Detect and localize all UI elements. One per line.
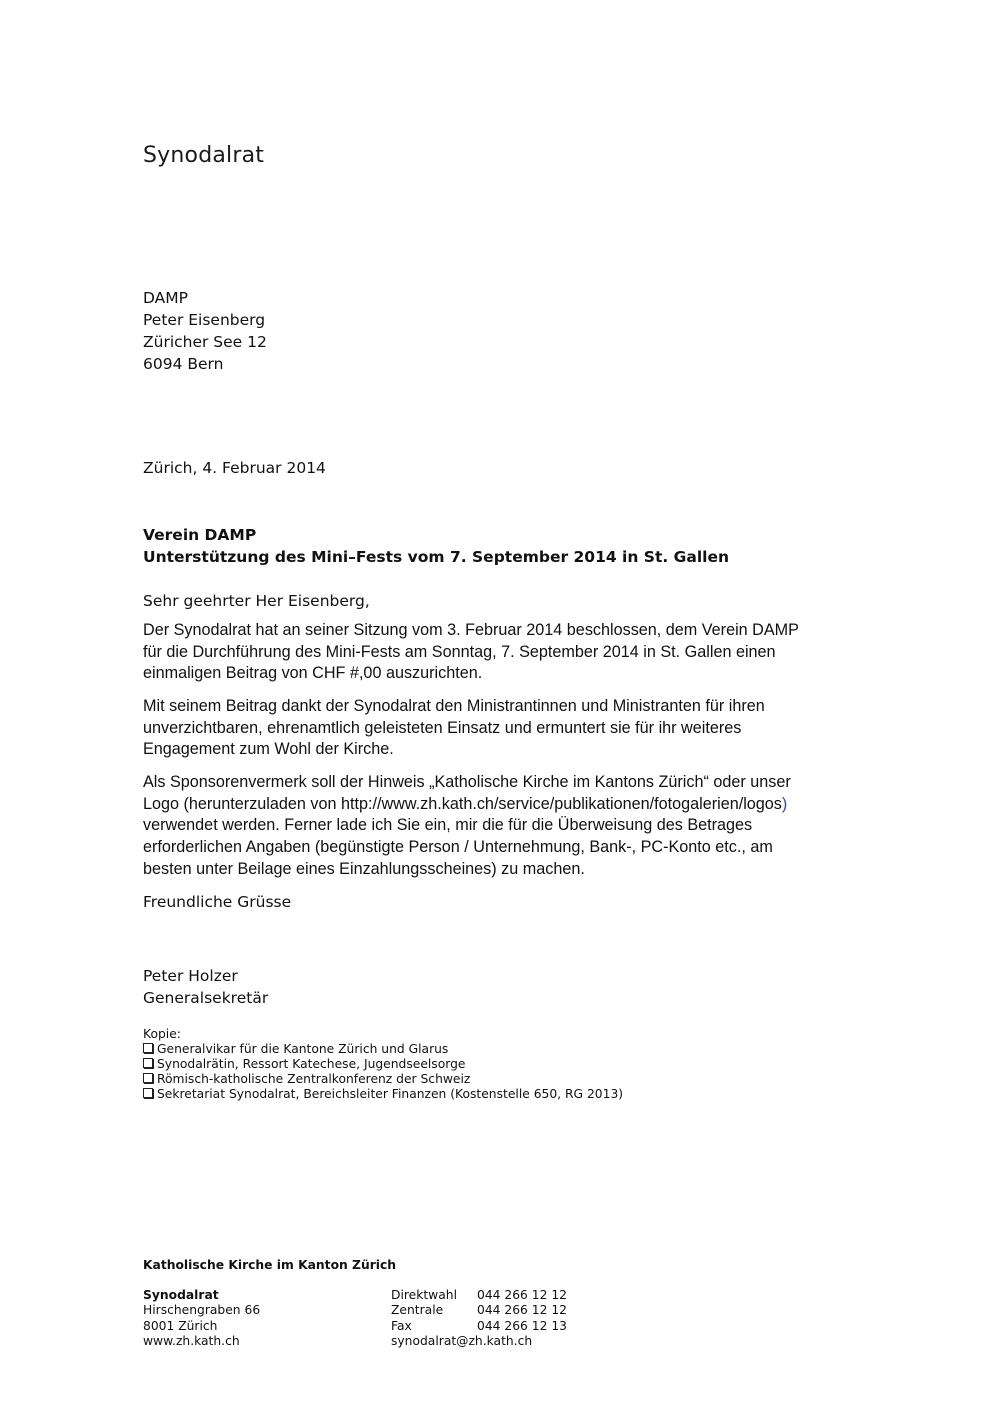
- closing-greeting: Freundliche Grüsse: [143, 891, 291, 913]
- footer-website[interactable]: www.zh.kath.ch: [143, 1334, 391, 1349]
- paragraph-line: für die Durchführung des Mini-Fests am S…: [143, 642, 863, 664]
- footer-organization: Katholische Kirche im Kanton Zürich: [143, 1258, 583, 1273]
- footer-street: Hirschengraben 66: [143, 1303, 391, 1318]
- letter-date: Zürich, 4. Februar 2014: [143, 457, 326, 479]
- recipient-city: 6094 Bern: [143, 353, 267, 375]
- footer-city: 8001 Zürich: [143, 1319, 391, 1334]
- body-paragraph-3: Als Sponsorenvermerk soll der Hinweis „K…: [143, 772, 863, 881]
- contact-value: 044 266 12 12: [477, 1288, 567, 1303]
- signatory-title: Generalsekretär: [143, 987, 268, 1009]
- contact-value: 044 266 12 12: [477, 1303, 567, 1318]
- paragraph-line-with-link: Logo (herunterzuladen von http://www.zh.…: [143, 794, 863, 816]
- paragraph-line: unverzichtbaren, ehrenamtlich geleistete…: [143, 718, 863, 740]
- contact-label: Direktwahl: [391, 1288, 477, 1303]
- paragraph-line: Als Sponsorenvermerk soll der Hinweis „K…: [143, 772, 863, 794]
- paragraph-line: Der Synodalrat hat an seiner Sitzung vom…: [143, 620, 863, 642]
- body-paragraph-1: Der Synodalrat hat an seiner Sitzung vom…: [143, 620, 863, 685]
- copy-recipient: Römisch-katholische Zentralkonferenz der…: [143, 1072, 623, 1087]
- checkbox-icon: [143, 1088, 153, 1098]
- checkbox-icon: [143, 1043, 153, 1053]
- letter-subject: Verein DAMP Unterstützung des Mini–Fests…: [143, 524, 729, 568]
- copies-label: Kopie:: [143, 1027, 623, 1042]
- body-paragraph-2: Mit seinem Beitrag dankt der Synodalrat …: [143, 696, 863, 761]
- paragraph-line: verwendet werden. Ferner lade ich Sie ei…: [143, 815, 863, 837]
- letterhead-footer: Katholische Kirche im Kanton Zürich Syno…: [143, 1258, 583, 1349]
- subject-line-2: Unterstützung des Mini–Fests vom 7. Sept…: [143, 546, 729, 568]
- footer-contacts: Direktwahl044 266 12 12 Zentrale044 266 …: [391, 1288, 567, 1349]
- paragraph-line: Engagement zum Wohl der Kirche.: [143, 739, 863, 761]
- footer-office: Synodalrat: [143, 1288, 391, 1303]
- copies-list: Kopie: Generalvikar für die Kantone Züri…: [143, 1027, 623, 1102]
- subject-line-1: Verein DAMP: [143, 524, 729, 546]
- copy-recipient: Sekretariat Synodalrat, Bereichsleiter F…: [143, 1087, 623, 1102]
- contact-row: Fax044 266 12 13: [391, 1319, 567, 1334]
- contact-row: Zentrale044 266 12 12: [391, 1303, 567, 1318]
- contact-label: Fax: [391, 1319, 477, 1334]
- checkbox-icon: [143, 1073, 153, 1083]
- paragraph-line: erforderlichen Angaben (begünstigte Pers…: [143, 837, 863, 859]
- paragraph-line: Mit seinem Beitrag dankt der Synodalrat …: [143, 696, 863, 718]
- checkbox-icon: [143, 1058, 153, 1068]
- copy-recipient: Generalvikar für die Kantone Zürich und …: [143, 1042, 623, 1057]
- salutation: Sehr geehrter Her Eisenberg,: [143, 590, 370, 612]
- contact-value: 044 266 12 13: [477, 1319, 567, 1334]
- recipient-address: DAMP Peter Eisenberg Züricher See 12 609…: [143, 287, 267, 375]
- signatory-name: Peter Holzer: [143, 965, 268, 987]
- signature-block: Peter Holzer Generalsekretär: [143, 965, 268, 1009]
- copy-recipient: Synodalrätin, Ressort Katechese, Jugends…: [143, 1057, 623, 1072]
- closing-parenthesis: ): [782, 795, 787, 813]
- logo-download-link[interactable]: Logo (herunterzuladen von http://www.zh.…: [143, 795, 782, 813]
- footer-email[interactable]: synodalrat@zh.kath.ch: [391, 1334, 567, 1349]
- paragraph-line: besten unter Beilage eines Einzahlungssc…: [143, 859, 863, 881]
- recipient-name: Peter Eisenberg: [143, 309, 267, 331]
- recipient-organization: DAMP: [143, 287, 267, 309]
- sender-heading: Synodalrat: [143, 143, 264, 168]
- contact-label: Zentrale: [391, 1303, 477, 1318]
- paragraph-line: einmaligen Beitrag von CHF #,00 auszuric…: [143, 663, 863, 685]
- recipient-street: Züricher See 12: [143, 331, 267, 353]
- footer-address: Synodalrat Hirschengraben 66 8001 Zürich…: [143, 1288, 391, 1349]
- contact-row: Direktwahl044 266 12 12: [391, 1288, 567, 1303]
